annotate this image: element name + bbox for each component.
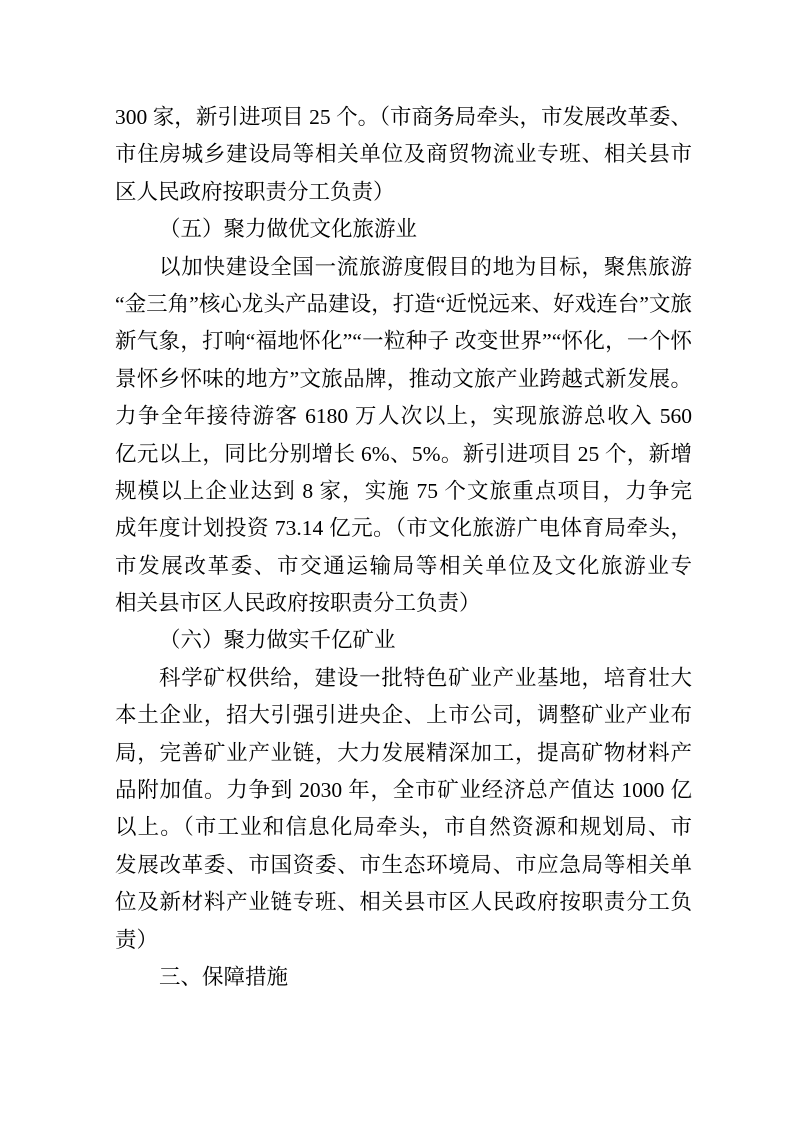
text-line: 新气象，打响“福地怀化”“一粒种子 改变世界”“怀化，一个怀 [115, 323, 692, 360]
text-line: 以上。（市工业和信息化局牵头，市自然资源和规划局、市 [115, 809, 692, 846]
text-line: 局，完善矿业产业链，大力发展精深加工，提高矿物材料产 [115, 735, 692, 772]
text-line: 亿元以上，同比分别增长 6%、5%。新引进项目 25 个，新增 [115, 436, 692, 473]
text-line: 市发展改革委、市交通运输局等相关单位及文化旅游业专班、 [115, 548, 692, 585]
text-line: 成年度计划投资 73.14 亿元。（市文化旅游广电体育局牵头， [115, 510, 692, 547]
text-line: “金三角”核心龙头产品建设，打造“近悦远来、好戏连台”文旅 [115, 286, 692, 323]
text-line: 位及新材料产业链专班、相关县市区人民政府按职责分工负 [115, 884, 692, 921]
text-line: 区人民政府按职责分工负责） [115, 174, 692, 211]
text-line: 市住房城乡建设局等相关单位及商贸物流业专班、相关县市 [115, 136, 692, 173]
text-line: 责） [115, 922, 692, 959]
text-line: 300 家，新引进项目 25 个。（市商务局牵头，市发展改革委、 [115, 99, 692, 136]
document-text-block: 300 家，新引进项目 25 个。（市商务局牵头，市发展改革委、市住房城乡建设局… [115, 99, 692, 996]
text-line: 科学矿权供给，建设一批特色矿业产业基地，培育壮大 [115, 660, 692, 697]
text-line: 发展改革委、市国资委、市生态环境局、市应急局等相关单 [115, 847, 692, 884]
text-line: 以加快建设全国一流旅游度假目的地为目标，聚焦旅游 [115, 249, 692, 286]
text-line: 景怀乡怀味的地方”文旅品牌，推动文旅产业跨越式新发展。 [115, 361, 692, 398]
document-page: 300 家，新引进项目 25 个。（市商务局牵头，市发展改革委、市住房城乡建设局… [0, 0, 793, 1122]
section-heading: 三、保障措施 [115, 959, 692, 996]
text-line: 品附加值。力争到 2030 年，全市矿业经济总产值达 1000 亿 [115, 772, 692, 809]
text-line: 规模以上企业达到 8 家，实施 75 个文旅重点项目，力争完 [115, 473, 692, 510]
text-line: 本土企业，招大引强引进央企、上市公司，调整矿业产业布 [115, 697, 692, 734]
section-heading: （五）聚力做优文化旅游业 [115, 211, 692, 248]
text-line: 力争全年接待游客 6180 万人次以上，实现旅游总收入 560 [115, 398, 692, 435]
text-line: 相关县市区人民政府按职责分工负责） [115, 585, 692, 622]
section-heading: （六）聚力做实千亿矿业 [115, 622, 692, 659]
